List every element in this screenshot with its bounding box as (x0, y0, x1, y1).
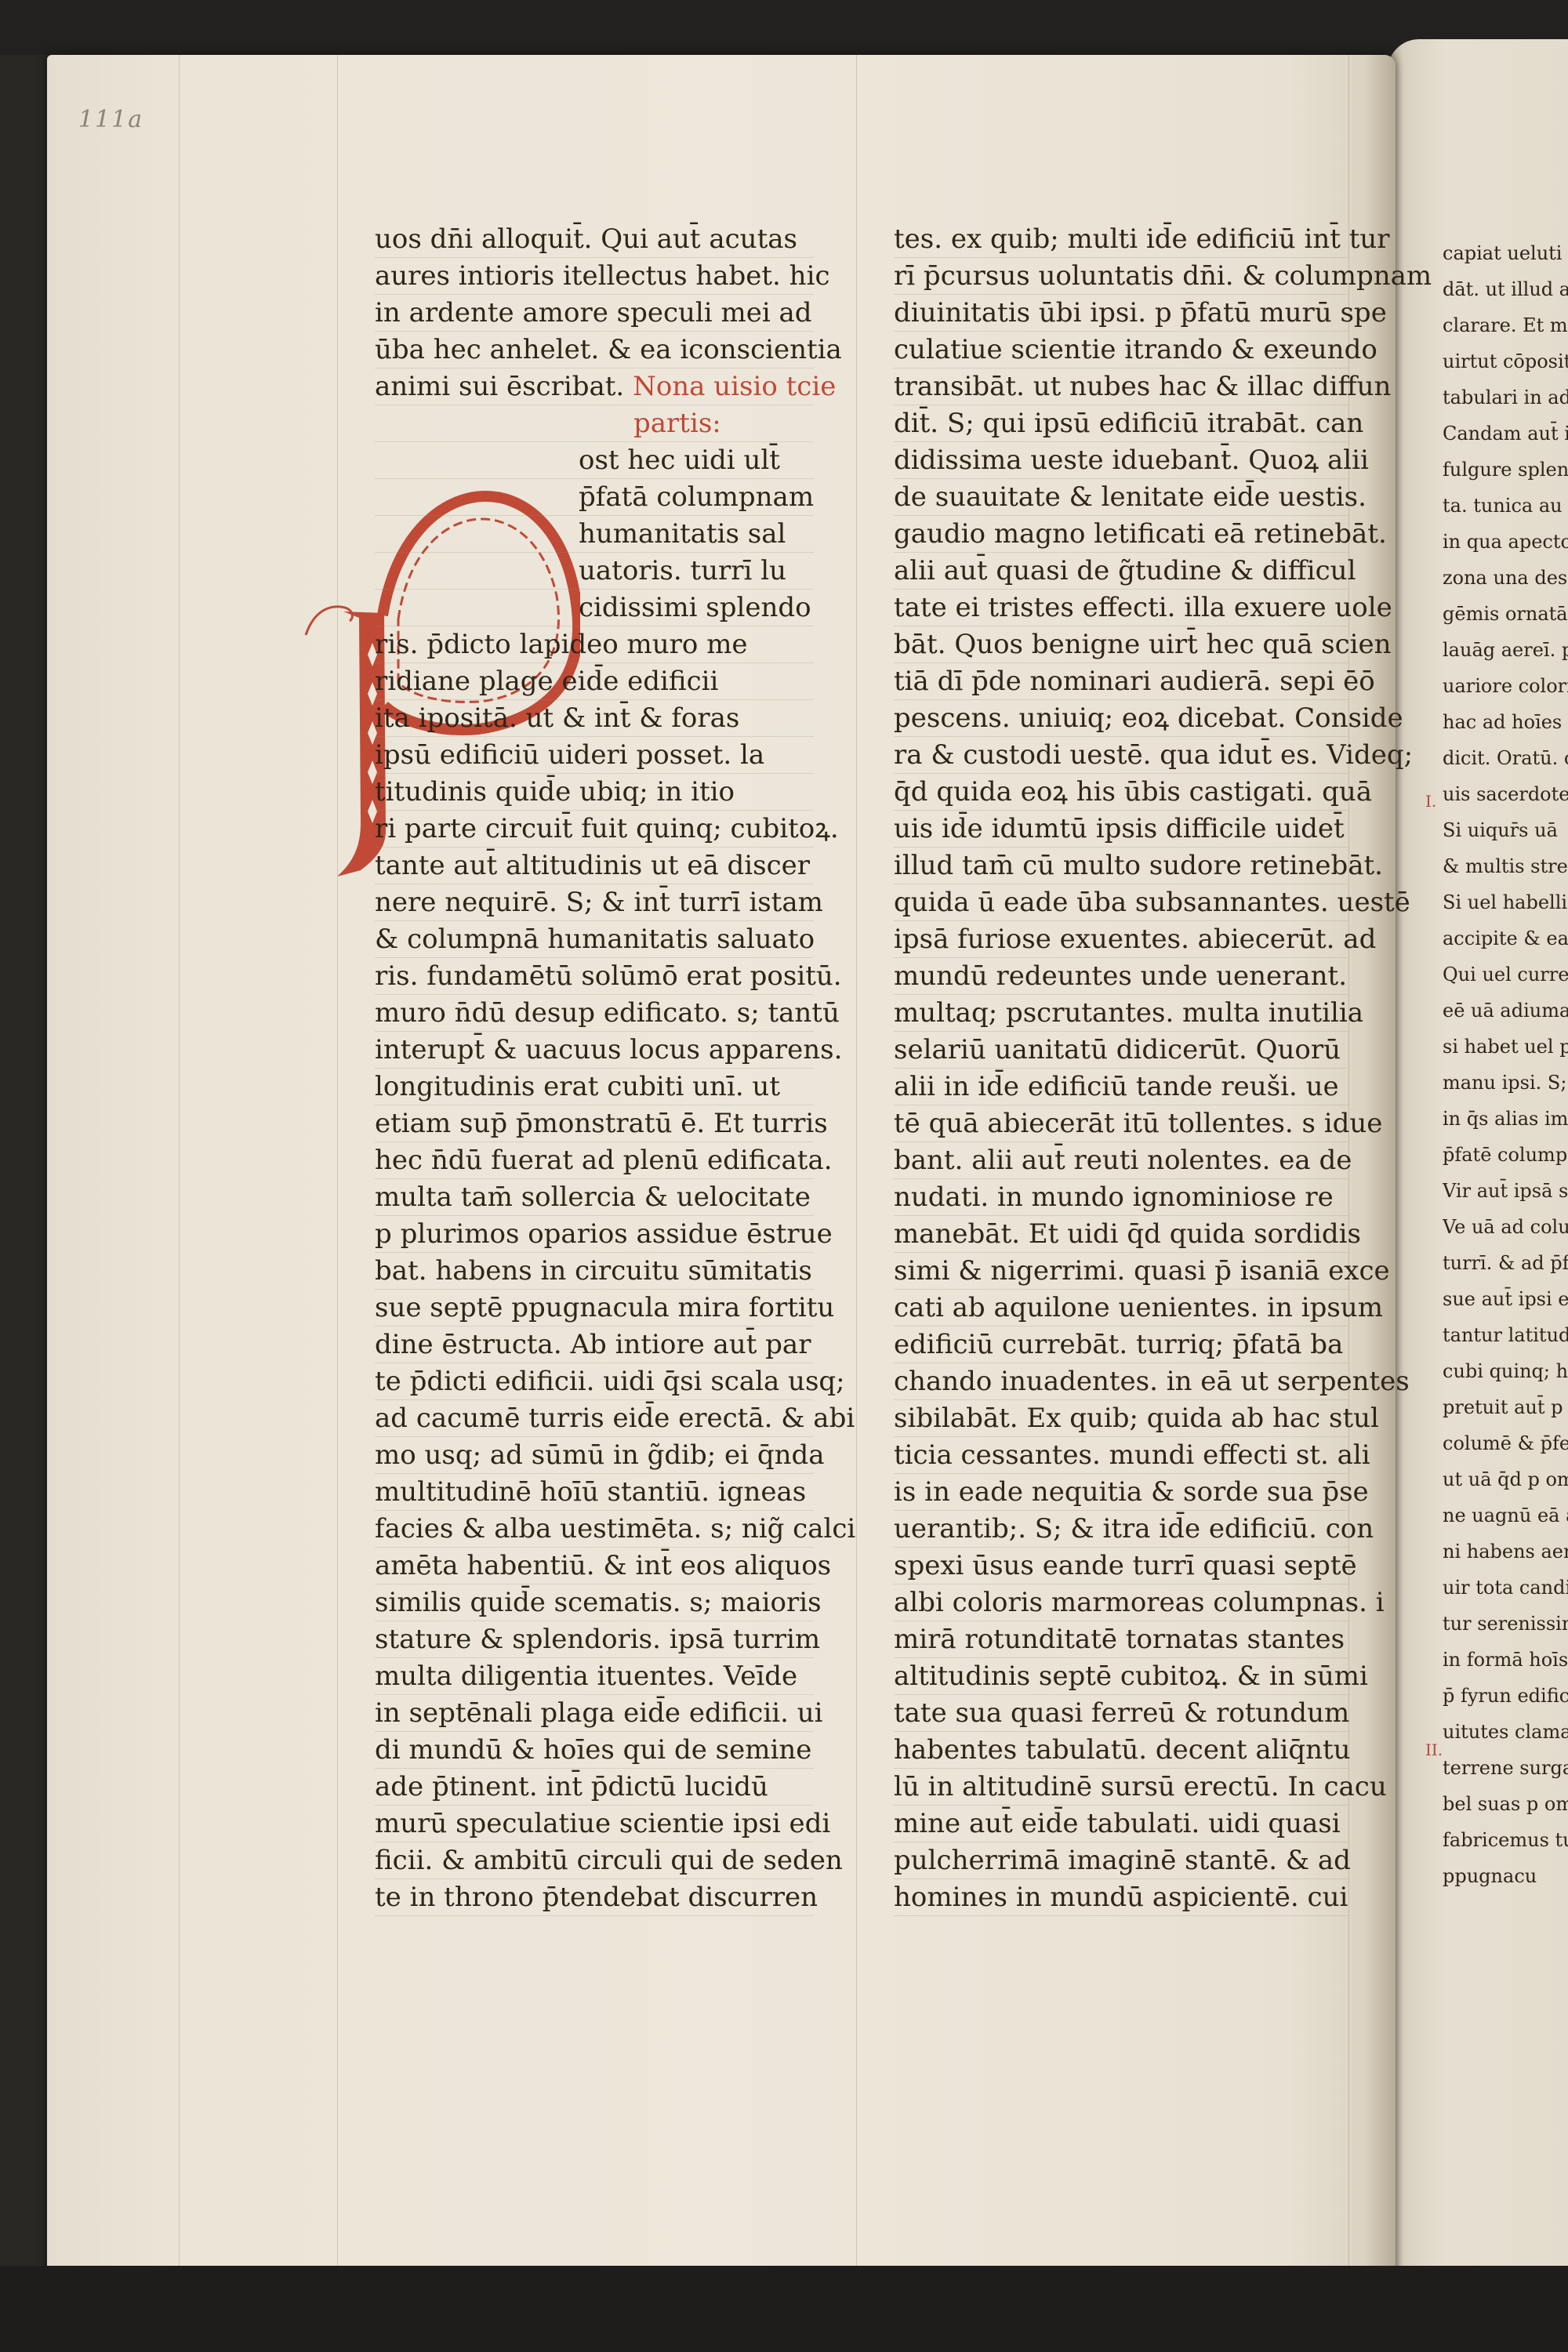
text-line: multa tam̄ sollercia & uelocitate (375, 1179, 814, 1216)
text-line: ost hec uidi ult̄ (375, 442, 814, 479)
text-line: sibilabāt. Ex quib; quida ab hac stul (894, 1400, 1348, 1437)
rubric-heading-cont: partis: (633, 408, 721, 439)
text-line: mirā rotunditatē tornatas stantes (894, 1621, 1348, 1658)
margin-mark-2: II. (1425, 1740, 1443, 1759)
text-line: tur serenissim (1443, 1606, 1568, 1642)
text-line: uatoris. turrī lu (375, 553, 814, 590)
text-line: pescens. uniuiq; eoꝝ dicebat. Conside (894, 700, 1348, 737)
text-line: ra & custodi uestē. qua idut̄ es. Videq; (894, 737, 1348, 774)
text-line: quida ū eade ūba subsannantes. uestē (894, 884, 1348, 921)
text-line: eē uā adiumandu (1443, 993, 1568, 1029)
facing-page-text: capiat ueluti fulgurdāt. ut illud acclar… (1443, 235, 1568, 1894)
text-line: stature & splendoris. ipsā turrim (375, 1621, 814, 1658)
text-line: p̄fatā columpnam (375, 479, 814, 516)
text-line: amēta habentiū. & int̄ eos aliquos (375, 1548, 814, 1584)
text-line: mo usq; ad sūmū in g̃dib; ei q̄nda (375, 1437, 814, 1474)
text-line: bel suas p omē (1443, 1786, 1568, 1822)
text-line: uis sacerdotes uob (1443, 776, 1568, 812)
text-line: tantur latitudinis (1443, 1317, 1568, 1353)
text-line: ipsā furiose exuentes. abiecerūt. ad (894, 921, 1348, 958)
text-line: hac ad hoīes qui in (1443, 704, 1568, 740)
text-line: in qua apectore de (1443, 524, 1568, 560)
text-line: transibāt. ut nubes hac & illac diffun (894, 368, 1348, 405)
ruling-line (337, 55, 338, 2321)
text-line: ris. p̄dicto lapideo muro me (375, 626, 814, 663)
text-line: cubi quinq; hoīū (1443, 1353, 1568, 1389)
text-line: & columpnā humanitatis saluato (375, 921, 814, 958)
text-line: longitudinis erat cubiti unī. ut (375, 1069, 814, 1105)
text-line: terrene surgam (1443, 1750, 1568, 1786)
text-line: uos dn̄i alloquit̄. Qui aut̄ acutas (375, 221, 814, 258)
text-line: Ve uā ad columpnā (1443, 1209, 1568, 1245)
text-line: humanitatis sal (375, 516, 814, 553)
text-line: ipsū edificiū uideri posset. la (375, 737, 814, 774)
text-line: titudinis quid̄e ubiq; in itio (375, 774, 814, 811)
text-line: de suauitate & lenitate eid̄e uestis. (894, 479, 1348, 516)
text-line: tes. ex quib; multi id̄e edificiū int̄ t… (894, 221, 1348, 258)
text-line: in ardente amore speculi mei ad (375, 295, 814, 332)
text-line: manebāt. Et uidi q̄d quida sordidis (894, 1216, 1348, 1253)
text-line: illud tam̄ cū multo sudore retinebāt. (894, 848, 1348, 884)
text-line: Candam aut̄ in mo (1443, 416, 1568, 452)
text-line: ppugnacu (1443, 1858, 1568, 1894)
text-line: altitudinis septē cubitoꝝ. & in sūmi (894, 1658, 1348, 1695)
text-line: partis: (375, 405, 814, 442)
text-line: clarare. Et man (1443, 307, 1568, 343)
text-line: turrī. & ad p̄fatā (1443, 1245, 1568, 1281)
background-top (0, 0, 1568, 55)
text-line: uis id̄e idumtū ipsis difficile uidet̄ (894, 811, 1348, 848)
text-line: edificiū currebāt. turriq; p̄fatā ba (894, 1327, 1348, 1363)
text-line: dāt. ut illud ac (1443, 271, 1568, 307)
text-line: p̄fatē columpnā acc (1443, 1137, 1568, 1173)
text-line: muro n̄dū desup edificato. s; tantū (375, 995, 814, 1032)
text-line: gēmis ornatā. uiri (1443, 596, 1568, 632)
text-line: pretuit aut̄ p (1443, 1389, 1568, 1425)
text-line: uitutes clamau (1443, 1714, 1568, 1750)
text-line: ticia cessantes. mundi effecti st. ali (894, 1437, 1348, 1474)
text-line: bāt. Quos benigne uirt̄ hec quā scien (894, 626, 1348, 663)
text-line: tiā dī p̄de nominari audierā. sepi ēō (894, 663, 1348, 700)
text-line: ad cacumē turris eid̄e erectā. & abi (375, 1400, 814, 1437)
text-line: Si uiqur̄s uā (1443, 812, 1568, 848)
text-line: p̄ fyrun edificiū (1443, 1678, 1568, 1714)
text-line: capiat ueluti fulgur (1443, 235, 1568, 271)
text-segment: animi sui ēscribat. (375, 371, 624, 402)
text-line: Vir aut̄ ipsā s coll (1443, 1173, 1568, 1209)
background-bottom (0, 2266, 1568, 2352)
text-line: Qui uel currenc (1443, 956, 1568, 993)
ruling-line (856, 55, 857, 2321)
text-line: tate sua quasi ferreū & rotundum (894, 1695, 1348, 1732)
text-line: uirtut cōpositar (1443, 343, 1568, 379)
text-line: homines in mundū aspicientē. cui (894, 1879, 1348, 1916)
text-line: in septēnali plaga eid̄e edificii. ui (375, 1695, 814, 1732)
text-line: is in eade nequitia & sorde sua p̄se (894, 1474, 1348, 1511)
text-line: q̄d quida eoꝝ his ūbis castigati. quā (894, 774, 1348, 811)
text-line: & multis strepitū (1443, 848, 1568, 884)
text-line: lū in altitudinē sursū erectū. In cacu (894, 1769, 1348, 1806)
text-line: p plurimos oparios assidue ēstrue (375, 1216, 814, 1253)
text-line: in q̄s alias imagi (1443, 1101, 1568, 1137)
facing-page: capiat ueluti fulgurdāt. ut illud acclar… (1388, 39, 1568, 2297)
text-line: in formā hoīs (1443, 1642, 1568, 1678)
text-line: bant. alii aut̄ reuti nolentes. ea de (894, 1142, 1348, 1179)
text-line: uariore coloris decl (1443, 668, 1568, 704)
text-line: animi sui ēscribat. Nona uisio tcie (375, 368, 814, 405)
margin-mark-1: I. (1425, 792, 1436, 811)
text-line: ni habens aent (1443, 1534, 1568, 1570)
text-line: ridiane plage eid̄e edificii (375, 663, 814, 700)
text-line: pulcherrimā imaginē stantē. & ad (894, 1842, 1348, 1879)
text-line: di mundū & hoīes qui de semine (375, 1732, 814, 1769)
text-line: Si uel habellis su (1443, 884, 1568, 920)
text-line: etiam sup̄ p̄monstratū ē. Et turris (375, 1105, 814, 1142)
text-line: tabulari in aduc (1443, 379, 1568, 416)
text-line: spexi ūsus eande turrī quasi septē (894, 1548, 1348, 1584)
text-line: nudati. in mundo ignominiose re (894, 1179, 1348, 1216)
text-line: accipite & eat a uo (1443, 920, 1568, 956)
text-line: selariū uanitatū didicerūt. Quorū (894, 1032, 1348, 1069)
text-line: interupt̄ & uacuus locus apparens. (375, 1032, 814, 1069)
text-line: fabricemus turr (1443, 1822, 1568, 1858)
text-line: ri parte circuit̄ fuit quinq; cubitoꝝ. (375, 811, 814, 848)
rubric-heading: Nona uisio tcie (633, 371, 836, 402)
text-line: diuinitatis ūbi ipsi. p p̄fatū murū spe (894, 295, 1348, 332)
text-line: bat. habens in circuitu sūmitatis (375, 1253, 814, 1290)
ruling-line (179, 55, 180, 2321)
text-line: alii in id̄e edificiū tande reuši. ue (894, 1069, 1348, 1105)
text-line: ficii. & ambitū circuli qui de seden (375, 1842, 814, 1879)
text-line: mundū redeuntes unde uenerant. (894, 958, 1348, 995)
text-line: habentes tabulatū. decent aliq̄ntu (894, 1732, 1348, 1769)
text-line: te in throno p̄tendebat discurren (375, 1879, 814, 1916)
text-column-right: tes. ex quib; multi id̄e edificiū int̄ t… (894, 221, 1348, 1916)
text-block: ris. p̄dicto lapideo muro meridiane plag… (375, 626, 814, 1916)
text-line: sue aut̄ ipsi edifi (1443, 1281, 1568, 1317)
text-line: dine ēstructa. Ab intiore aut̄ par (375, 1327, 814, 1363)
text-line: mine aut̄ eid̄e tabulati. uidi quasi (894, 1806, 1348, 1842)
text-line: manu ipsi. S; in pa (1443, 1065, 1568, 1101)
text-line: sue septē ppugnacula mira fortitu (375, 1290, 814, 1327)
text-line: uir tota candida (1443, 1570, 1568, 1606)
text-line: albi coloris marmoreas columpnas. i (894, 1584, 1348, 1621)
text-line: ut uā q̄d p omē (1443, 1461, 1568, 1497)
text-line: similis quid̄e scematis. s; maioris (375, 1584, 814, 1621)
text-line: ade p̄tinent. int̄ p̄dictū lucidū (375, 1769, 814, 1806)
text-line: te p̄dicti edificii. uidi q̄si scala usq… (375, 1363, 814, 1400)
text-line: cati ab aquilone uenientes. in ipsum (894, 1290, 1348, 1327)
text-line: ūba hec anhelet. & ea iconscientia (375, 332, 814, 368)
text-line: alii aut̄ quasi de g̃tudine & difficul (894, 553, 1348, 590)
text-line: murū speculatiue scientie ipsi edi (375, 1806, 814, 1842)
text-line: dicit. Oratū. cert (1443, 740, 1568, 776)
text-line: facies & alba uestimēta. s; nig̃ calci (375, 1511, 814, 1548)
text-line: si habet uel prehibit (1443, 1029, 1568, 1065)
text-line: fulgure splendor (1443, 452, 1568, 488)
text-line: ita ipositā. ut & int̄ & foras (375, 700, 814, 737)
text-line: uerantib;. S; & itra id̄e edificiū. con (894, 1511, 1348, 1548)
text-line: chando inuadentes. in eā ut serpentes (894, 1363, 1348, 1400)
text-line: culatiue scientie itrando & exeundo (894, 332, 1348, 368)
text-line: dit̄. S; qui ipsū edificiū itrabāt. can (894, 405, 1348, 442)
text-line: aures intioris itellectus habet. hic (375, 258, 814, 295)
text-line: multaq; pscrutantes. multa inutilia (894, 995, 1348, 1032)
text-line: ne uagnū eā ac (1443, 1497, 1568, 1534)
text-line: multa diligentia ituentes. Veīde (375, 1658, 814, 1695)
folio-number: 111a (78, 106, 143, 133)
text-line: lauāg aereī. purp (1443, 632, 1568, 668)
text-line: hec n̄dū fuerat ad plenū edificata. (375, 1142, 814, 1179)
text-line: simi & nigerrimi. quasi p̄ isaniā exce (894, 1253, 1348, 1290)
text-line: cidissimi splendo (375, 590, 814, 626)
text-column-left: uos dn̄i alloquit̄. Qui aut̄ acutas aure… (375, 221, 814, 1916)
text-line: tate ei tristes effecti. illa exuere uol… (894, 590, 1348, 626)
text-line: gaudio magno letificati eā retinebāt. (894, 516, 1348, 553)
text-line: tante aut̄ altitudinis ut eā discer (375, 848, 814, 884)
text-line: multitudinē hoīū stantiū. igneas (375, 1474, 814, 1511)
text-line: columē & p̄fecte de (1443, 1425, 1568, 1461)
text-line: ris. fundamētū solūmō erat positū. (375, 958, 814, 995)
text-line: didissima ueste iduebant̄. Quoꝝ alii (894, 442, 1348, 479)
text-line: nere nequirē. S; & int̄ turrī istam (375, 884, 814, 921)
text-line: ta. tunica au (1443, 488, 1568, 524)
text-line: zona una descende (1443, 560, 1568, 596)
text-line: rī p̄cursus uoluntatis dn̄i. & columpnam (894, 258, 1348, 295)
text-line: tē quā abiecerāt itū tollentes. s idue (894, 1105, 1348, 1142)
